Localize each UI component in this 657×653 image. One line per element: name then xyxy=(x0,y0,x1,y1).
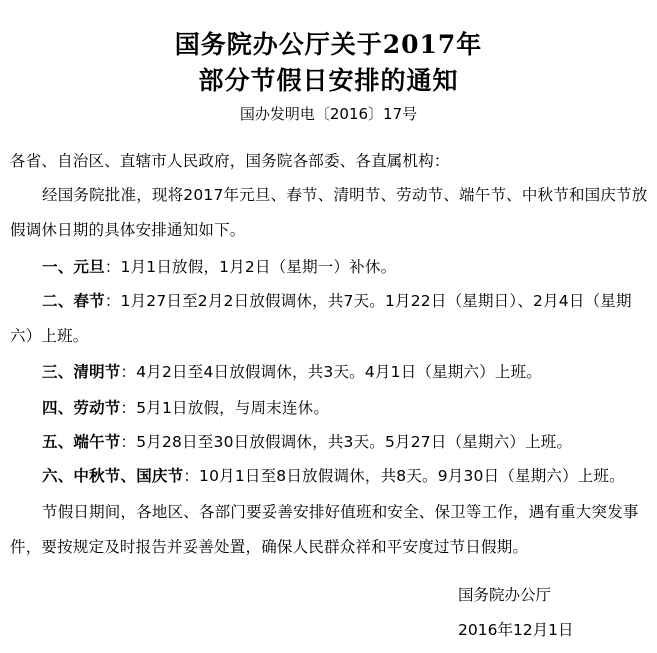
item-heading: 三、清明节 xyxy=(42,363,121,381)
closing-line-2: 件，要按规定及时报告并妥善处置，确保人民群众祥和平安度过节日假期。 xyxy=(10,537,528,557)
item-heading: 一、元旦 xyxy=(42,258,105,276)
item-heading: 四、劳动节 xyxy=(42,399,121,417)
signature-org: 国务院办公厅 xyxy=(458,585,551,605)
title-line-1: 国务院办公厅关于2017年 xyxy=(0,30,657,60)
item-new-year: 一、元旦：1月1日放假，1月2日（星期一）补休。 xyxy=(42,257,396,277)
intro-line-1: 经国务院批准，现将2017年元旦、春节、清明节、劳动节、端午节、中秋节和国庆节放 xyxy=(42,185,647,205)
signature-date: 2016年12月1日 xyxy=(458,620,574,640)
document-number: 国办发明电〔2016〕17号 xyxy=(0,104,657,124)
item-text: 5月1日放假，与周末连休。 xyxy=(136,399,329,417)
item-mid-autumn-national: 六、中秋节、国庆节：10月1日至8日放假调休，共8天。9月30日（星期六）上班。 xyxy=(42,466,625,486)
item-spring-festival-cont: 六）上班。 xyxy=(10,326,89,346)
title-line-2: 部分节假日安排的通知 xyxy=(0,66,657,96)
item-text: 1月27日至2月2日放假调休，共7天。1月22日（星期日）、2月4日（星期 xyxy=(121,292,632,310)
item-heading: 六、中秋节、国庆节 xyxy=(42,467,183,485)
intro-line-2: 假调休日期的具体安排通知如下。 xyxy=(10,220,246,240)
item-text: 1月1日放假，1月2日（星期一）补休。 xyxy=(121,258,397,276)
closing-line-1: 节假日期间，各地区、各部门要妥善安排好值班和安全、保卫等工作，遇有重大突发事 xyxy=(42,502,639,522)
item-text: 4月2日至4日放假调休，共3天。4月1日（星期六）上班。 xyxy=(136,363,542,381)
item-qingming: 三、清明节：4月2日至4日放假调休，共3天。4月1日（星期六）上班。 xyxy=(42,362,542,382)
item-text: 10月1日至8日放假调休，共8天。9月30日（星期六）上班。 xyxy=(199,467,625,485)
item-heading: 二、春节 xyxy=(42,292,105,310)
item-spring-festival: 二、春节：1月27日至2月2日放假调休，共7天。1月22日（星期日）、2月4日（… xyxy=(42,291,632,311)
salutation: 各省、自治区、直辖市人民政府，国务院各部委、各直属机构： xyxy=(10,151,450,171)
item-heading: 五、端午节 xyxy=(42,433,121,451)
item-labor-day: 四、劳动节：5月1日放假，与周末连休。 xyxy=(42,398,329,418)
item-dragon-boat: 五、端午节：5月28日至30日放假调休，共3天。5月27日（星期六）上班。 xyxy=(42,432,572,452)
item-text: 5月28日至30日放假调休，共3天。5月27日（星期六）上班。 xyxy=(136,433,572,451)
